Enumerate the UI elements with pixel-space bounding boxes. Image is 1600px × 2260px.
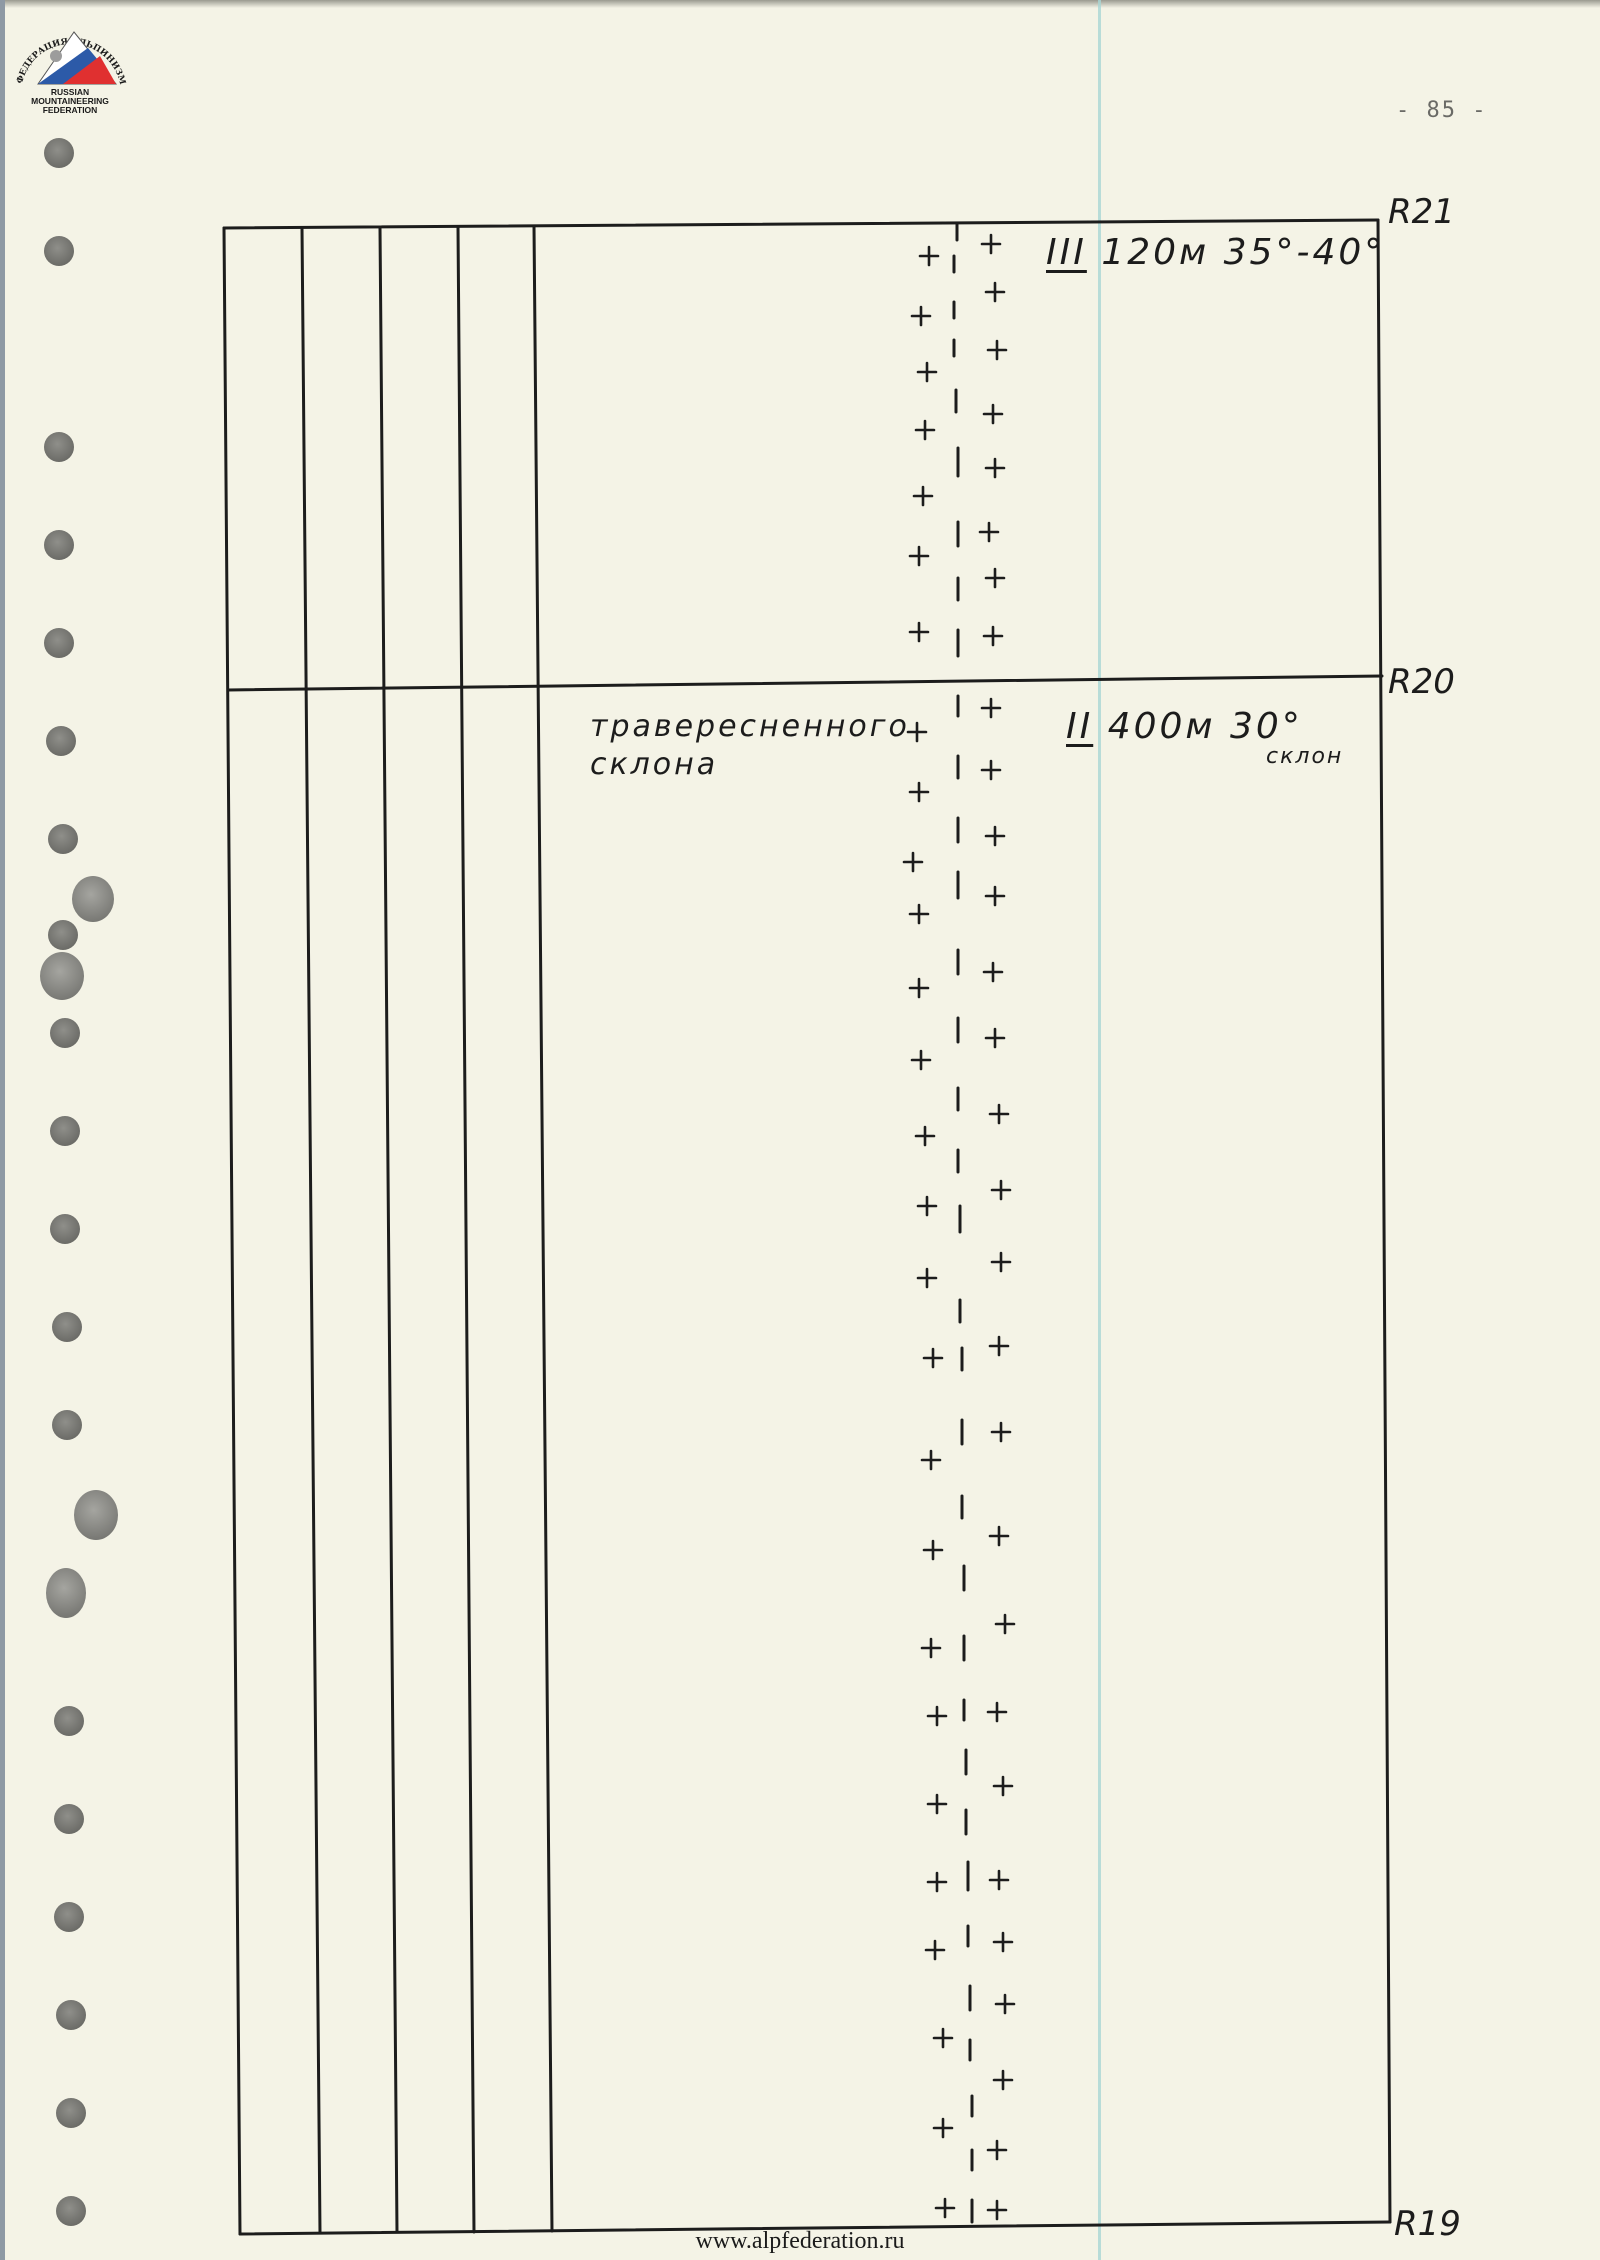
segment-length: 120м bbox=[1101, 232, 1209, 273]
segment-angle: 35°-40° bbox=[1224, 232, 1386, 273]
segment-number: II bbox=[1066, 706, 1093, 747]
terrain-note-line-2: склона bbox=[590, 746, 910, 784]
section-divider bbox=[228, 676, 1382, 690]
frame-left bbox=[224, 228, 240, 2234]
segment-iii-annotation: III 120м 35°-40° bbox=[1046, 232, 1385, 273]
segment-ii-annotation: II 400м 30° bbox=[1066, 706, 1303, 747]
segment-length: 400м bbox=[1108, 706, 1216, 747]
frame-top bbox=[224, 220, 1378, 228]
footer-url: www.alpfederation.ru bbox=[0, 2228, 1600, 2255]
frame-right bbox=[1378, 220, 1390, 2222]
route-diagram bbox=[0, 0, 1600, 2260]
terrain-note: травересненного склона bbox=[590, 708, 910, 784]
reference-point-r21: R21 bbox=[1388, 192, 1455, 232]
segment-number: III bbox=[1046, 232, 1087, 273]
segment-ii-note: склон bbox=[1266, 744, 1343, 769]
reference-point-r20: R20 bbox=[1388, 662, 1455, 702]
terrain-note-line-1: травересненного bbox=[590, 708, 910, 746]
route-axis bbox=[954, 224, 972, 2222]
segment-angle: 30° bbox=[1230, 706, 1303, 747]
